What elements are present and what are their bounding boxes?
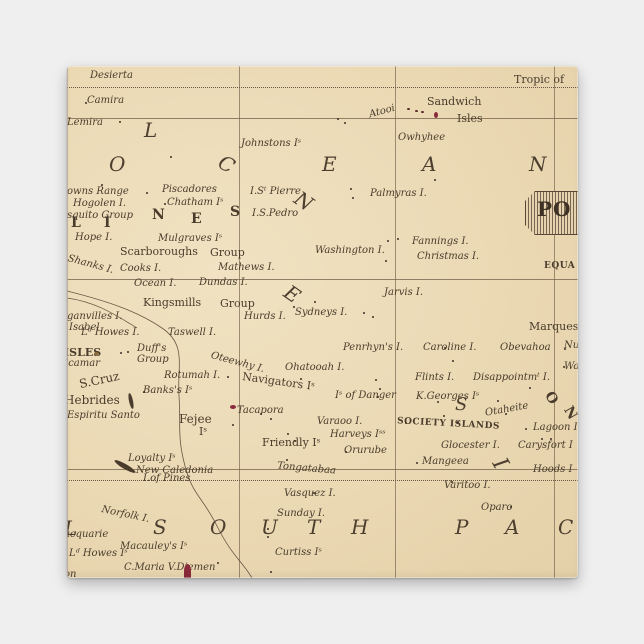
island-dot bbox=[170, 156, 172, 158]
place-label: lcamar bbox=[67, 359, 100, 369]
place-label: Mathews I. bbox=[218, 263, 275, 273]
island-dot bbox=[287, 433, 289, 435]
island-dot bbox=[375, 379, 377, 381]
island-dot bbox=[379, 388, 381, 390]
place-label: Sydneys I. bbox=[295, 308, 347, 318]
place-label: Glocester I. bbox=[441, 441, 500, 451]
island-mark bbox=[415, 110, 418, 112]
place-label: Group bbox=[137, 355, 169, 365]
island-dot bbox=[529, 387, 531, 389]
island-dot bbox=[350, 188, 352, 190]
island-dot bbox=[416, 462, 418, 464]
ocean-letter: S bbox=[153, 517, 167, 537]
ocean-letter: N bbox=[152, 208, 165, 222]
ocean-letter: A bbox=[422, 154, 436, 174]
ocean-letter: H bbox=[351, 517, 368, 537]
ocean-letter: E bbox=[191, 212, 202, 226]
place-label: Owhyhee bbox=[398, 133, 445, 143]
island-dot bbox=[377, 396, 379, 398]
island-dot bbox=[119, 121, 121, 123]
ocean-letter: P bbox=[455, 517, 468, 537]
island-dot bbox=[352, 197, 354, 199]
place-label: Piscadores bbox=[162, 185, 217, 195]
place-label: Friendly Iˢ bbox=[262, 437, 320, 448]
island-dot bbox=[550, 438, 552, 440]
island-dot bbox=[286, 459, 288, 461]
island-dot bbox=[314, 301, 316, 303]
island-dot bbox=[232, 424, 234, 426]
island-dot bbox=[405, 422, 407, 424]
ocean-letter: L bbox=[144, 120, 157, 140]
place-label: Duff's bbox=[137, 344, 166, 354]
place-label: Johnstons Iˢ bbox=[241, 139, 301, 149]
island-dot bbox=[164, 203, 166, 205]
place-label: Christmas I. bbox=[417, 252, 479, 262]
island-dot bbox=[451, 481, 453, 483]
place-label: Group bbox=[210, 247, 245, 258]
place-label: Group bbox=[220, 298, 255, 309]
place-label: Penrhyn's I. bbox=[343, 343, 403, 353]
place-label: Washington I. bbox=[315, 246, 385, 256]
island-dot bbox=[270, 418, 272, 420]
place-label: acquarie bbox=[67, 530, 108, 540]
place-label: I.of Pines bbox=[143, 474, 190, 484]
equator-label: EQUA bbox=[544, 262, 575, 271]
island-dot bbox=[267, 528, 269, 530]
island-dot bbox=[457, 421, 459, 423]
island-dot bbox=[345, 451, 347, 453]
place-label: Hope I. bbox=[75, 233, 112, 243]
tasmania-island-mark bbox=[184, 564, 191, 578]
island-dot bbox=[300, 378, 302, 380]
island-dot bbox=[313, 492, 315, 494]
place-label: Banks's Iˢ bbox=[143, 386, 192, 396]
place-label: Flints I. bbox=[415, 373, 454, 383]
place-label: Kingsmills bbox=[143, 297, 201, 308]
place-label: Marques bbox=[529, 321, 578, 332]
island-mark bbox=[407, 108, 410, 110]
island-dot bbox=[294, 440, 296, 442]
island-mark bbox=[421, 111, 424, 113]
island-dot bbox=[452, 360, 454, 362]
place-label: Hebrides bbox=[67, 394, 120, 406]
island-dot bbox=[363, 312, 365, 314]
place-label: Jarvis I. bbox=[384, 288, 423, 298]
place-label: Loyalty Iˢ bbox=[128, 454, 176, 464]
place-label: Varaoo I. bbox=[317, 417, 362, 427]
place-label: Chatham Iˢ bbox=[167, 198, 223, 208]
place-label: owns Range bbox=[67, 187, 129, 197]
place-label: Harveys Iˢˢ bbox=[330, 430, 386, 440]
place-label: Curtiss Iˢ bbox=[275, 548, 322, 558]
place-label: Ocean I. bbox=[134, 279, 176, 289]
island-dot bbox=[260, 413, 262, 415]
ocean-letter: C bbox=[558, 517, 573, 537]
ocean-letter: S bbox=[230, 205, 240, 219]
place-label: Mulgraves Iˢ bbox=[158, 234, 222, 244]
place-label: Lᵈ Howes I. bbox=[81, 328, 139, 338]
place-label: Fejee bbox=[179, 413, 212, 425]
island-mark bbox=[94, 352, 99, 355]
island-dot bbox=[443, 415, 445, 417]
map-coaster: PO Tropic of EQUA L O C E A N S L I N E … bbox=[67, 66, 578, 578]
island-dot bbox=[267, 536, 269, 538]
ocean-letter: T bbox=[307, 517, 320, 537]
ocean-letter: E bbox=[322, 154, 337, 174]
place-label: Sunday I. bbox=[277, 509, 325, 519]
ocean-letter: O bbox=[210, 517, 226, 537]
place-label: Lᵈ Howes Iˢ bbox=[69, 549, 128, 559]
island-dot bbox=[444, 347, 446, 349]
place-label: Disappointmᵗ I. bbox=[473, 373, 550, 383]
island-dot bbox=[505, 413, 507, 415]
island-dot bbox=[387, 240, 389, 242]
island-dot bbox=[227, 376, 229, 378]
place-label: Isles bbox=[457, 113, 483, 124]
island-dot bbox=[337, 118, 339, 120]
place-label: Wa bbox=[564, 362, 578, 372]
place-label: Cooks I. bbox=[120, 264, 161, 274]
place-label: Caroline I. bbox=[423, 343, 476, 353]
place-label: Carysfort I bbox=[518, 441, 573, 451]
place-label: on bbox=[67, 570, 76, 578]
hawaii-island-mark bbox=[434, 112, 438, 118]
island-dot bbox=[85, 102, 87, 104]
island-dot bbox=[563, 366, 565, 368]
place-label: Rotumah I. bbox=[164, 371, 220, 381]
island-dot bbox=[525, 428, 527, 430]
place-label: Ohatooah I. bbox=[285, 363, 344, 373]
island-dot bbox=[217, 562, 219, 564]
place-label: Nu bbox=[564, 341, 578, 351]
island-dot bbox=[143, 391, 145, 393]
place-label: Macauley's Iˢ bbox=[120, 542, 187, 552]
ocean-letter: U bbox=[261, 517, 278, 537]
place-label: ganvilles I. bbox=[67, 312, 122, 322]
island-dot bbox=[127, 351, 129, 353]
place-label: Sandwich bbox=[427, 96, 481, 107]
map-title-fragment: PO bbox=[537, 199, 571, 219]
island-dot bbox=[293, 306, 295, 308]
island-dot bbox=[497, 400, 499, 402]
place-label: Hoods I bbox=[533, 465, 572, 475]
place-label: Iˢ of Danger bbox=[335, 391, 396, 401]
place-label: C.Maria V.Diemen bbox=[124, 563, 215, 573]
ocean-letter: N bbox=[529, 154, 547, 174]
place-label: Vasquez I. bbox=[284, 489, 336, 499]
place-label: Fannings I. bbox=[412, 237, 469, 247]
place-label: Camira bbox=[87, 96, 124, 106]
place-label: Obevahoa bbox=[500, 343, 551, 353]
ocean-letter: O bbox=[109, 154, 125, 174]
place-label: I.Sᵗ Pierre bbox=[250, 187, 301, 197]
place-label: I.S.Pedro bbox=[252, 209, 298, 219]
island-dot bbox=[146, 192, 148, 194]
place-label: Scarboroughs bbox=[120, 246, 198, 257]
fiji-island-mark bbox=[230, 405, 236, 409]
island-dot bbox=[120, 352, 122, 354]
place-label: squito Group bbox=[67, 211, 133, 221]
island-dot bbox=[101, 184, 103, 186]
tropic-label: Tropic of bbox=[514, 74, 564, 85]
island-dot bbox=[385, 260, 387, 262]
island-dot bbox=[397, 238, 399, 240]
place-label: Dundas I. bbox=[199, 278, 248, 288]
place-label: K.Georges Iˢ bbox=[416, 392, 479, 402]
place-label: Oparo bbox=[481, 503, 512, 513]
island-dot bbox=[510, 506, 512, 508]
island-dot bbox=[372, 316, 374, 318]
island-dot bbox=[434, 179, 436, 181]
place-label: Iˢ bbox=[199, 426, 207, 437]
island-dot bbox=[564, 348, 566, 350]
place-label: Taswell I. bbox=[168, 328, 216, 338]
place-label: Mangeea bbox=[422, 457, 469, 467]
place-label: Hogolen I. bbox=[73, 199, 126, 209]
island-dot bbox=[344, 122, 346, 124]
place-label: Palmyras I. bbox=[370, 189, 427, 199]
island-dot bbox=[541, 438, 543, 440]
place-label: Lagoon I bbox=[533, 423, 578, 433]
place-label: Orurube bbox=[344, 446, 387, 456]
place-label: Espiritu Santo bbox=[67, 411, 140, 421]
place-label: Lemira bbox=[67, 118, 103, 128]
island-dot bbox=[437, 401, 439, 403]
ocean-letter: A bbox=[505, 517, 519, 537]
place-label: Desierta bbox=[90, 71, 133, 81]
place-label: Hurds I. bbox=[244, 312, 286, 322]
island-dot bbox=[270, 571, 272, 573]
